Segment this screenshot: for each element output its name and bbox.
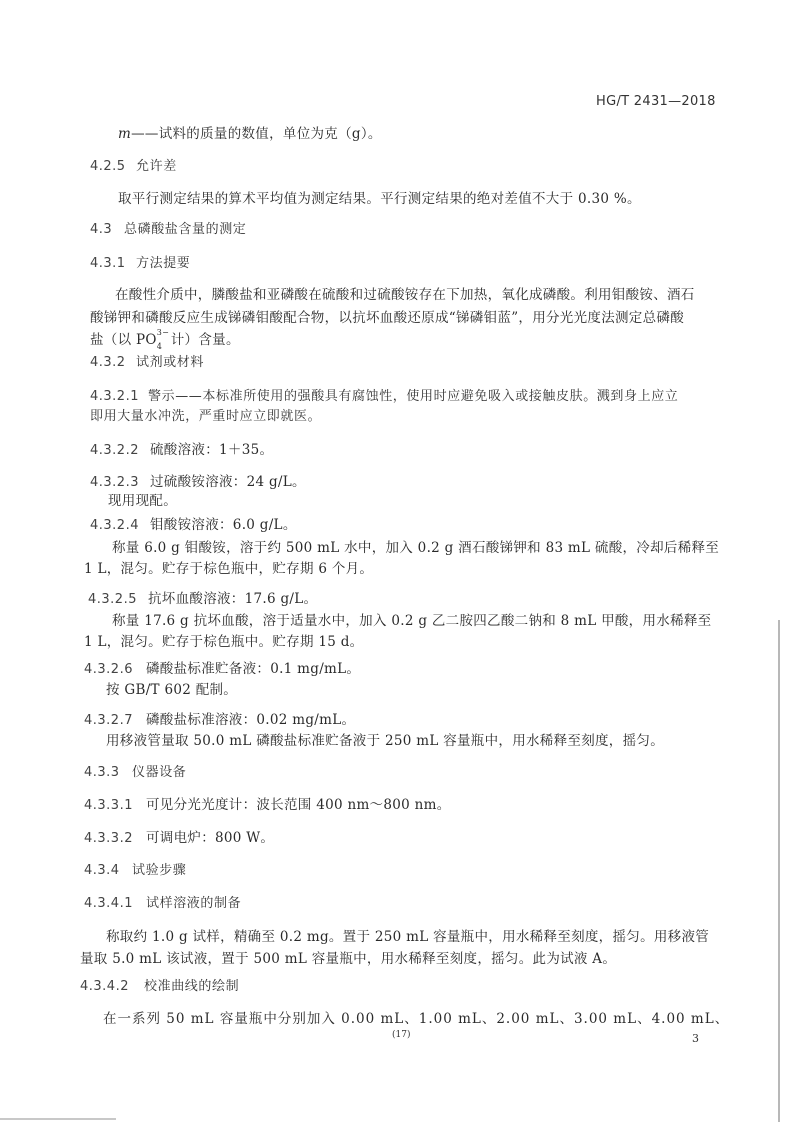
paragraph-sample-prep-line-1: 称取约 1.0 g 试样，精确至 0.2 mg。置于 250 mL 容量瓶中，用… <box>106 928 709 946</box>
clause-body-line-1: 称量 17.6 g 抗坏血酸，溶于适量水中，加入 0.2 g 乙二胺四乙酸二钠和… <box>112 612 712 630</box>
paragraph-method-line-3: 盐（以 PO3−4计）含量。 <box>90 331 240 349</box>
section-title: 校准曲线的绘制 <box>144 979 239 994</box>
section-number: 4.3.2 <box>90 354 136 372</box>
footer-sequence-number: (17) <box>392 1030 410 1040</box>
clause-note: 现用现配。 <box>108 492 177 510</box>
section-heading-4-3-1: 4.3.1方法提要 <box>90 255 190 273</box>
paragraph-tolerance: 取平行测定结果的算术平均值为测定结果。平行测定结果的绝对差值不大于 0.30 %… <box>118 190 641 208</box>
clause-4-3-2-7: 4.3.2.7磷酸盐标准溶液：0.02 mg/mL。 <box>84 711 355 730</box>
paragraph-method-line-2: 酸锑钾和磷酸反应生成锑磷钼酸配合物，以抗坏血酸还原成“锑磷钼蓝”，用分光光度法测… <box>90 309 684 327</box>
document-page: HG/T 2431—2018 m——试料的质量的数值，单位为克（g）。 4.2.… <box>0 0 793 1122</box>
clause-text: 硫酸溶液：1＋35。 <box>150 442 273 458</box>
section-number: 4.3.1 <box>90 255 136 273</box>
clause-4-3-2-4: 4.3.2.4钼酸铵溶液：6.0 g/L。 <box>90 516 297 535</box>
text-fragment: 计）含量。 <box>171 332 240 348</box>
clause-4-3-2-2: 4.3.2.2硫酸溶液：1＋35。 <box>90 441 273 460</box>
clause-4-3-2-1: 4.3.2.1警示——本标准所使用的强酸具有腐蚀性，使用时应避免吸入或接触皮肤。… <box>90 388 678 406</box>
clause-4-3-3-1: 4.3.3.1可见分光光度计：波长范围 400 nm～800 nm。 <box>84 796 451 815</box>
variable-symbol: m <box>118 126 131 142</box>
warning-text: 警示——本标准所使用的强酸具有腐蚀性，使用时应避免吸入或接触皮肤。溅到身上应立 <box>148 389 678 404</box>
clause-number: 4.3.2.3 <box>90 474 150 492</box>
clause-number: 4.3.2.1 <box>90 388 148 406</box>
paragraph-sample-prep-line-2: 量取 5.0 mL 该试液，置于 500 mL 容量瓶中，用水稀释至刻度，摇匀。… <box>80 950 616 968</box>
section-number: 4.3.4.2 <box>80 978 144 996</box>
clause-note: 用移液管量取 50.0 mL 磷酸盐标准贮备液于 250 mL 容量瓶中，用水稀… <box>106 732 664 750</box>
section-title: 总磷酸盐含量的测定 <box>124 222 246 237</box>
section-number: 4.3 <box>90 221 124 239</box>
clause-4-3-3-2: 4.3.3.2可调电炉：800 W。 <box>84 829 274 848</box>
clause-text: 过硫酸铵溶液：24 g/L。 <box>150 474 306 490</box>
paragraph-calibration-line-1: 在一系列 50 mL 容量瓶中分别加入 0.00 mL、1.00 mL、2.00… <box>103 1010 729 1028</box>
clause-text: 可见分光光度计：波长范围 400 nm～800 nm。 <box>146 797 451 813</box>
section-title: 试剂或材料 <box>136 355 204 370</box>
variable-definition: m——试料的质量的数值，单位为克（g）。 <box>118 125 382 143</box>
clause-number: 4.3.2.2 <box>90 442 150 460</box>
section-heading-4-3-4: 4.3.4试验步骤 <box>84 862 186 880</box>
page-number: 3 <box>692 1032 699 1045</box>
clause-body-line-2: 1 L，混匀。贮存于棕色瓶中，贮存期 6 个月。 <box>84 560 373 578</box>
scan-edge-bottom <box>0 1118 116 1120</box>
clause-text: 抗坏血酸溶液：17.6 g/L。 <box>148 591 317 607</box>
section-number: 4.3.4 <box>84 862 132 880</box>
section-title: 试验步骤 <box>132 863 186 878</box>
scan-edge-right <box>778 620 780 1122</box>
section-title: 方法提要 <box>136 256 190 271</box>
clause-number: 4.3.2.7 <box>84 712 146 730</box>
variable-description: ——试料的质量的数值，单位为克（g）。 <box>131 126 382 142</box>
section-title: 仪器设备 <box>132 765 186 780</box>
section-heading-4-3-3: 4.3.3仪器设备 <box>84 764 186 782</box>
standard-code: HG/T 2431—2018 <box>596 94 716 109</box>
clause-number: 4.3.3.1 <box>84 797 146 815</box>
clause-note: 按 GB/T 602 配制。 <box>106 681 237 699</box>
clause-body-line-1: 称量 6.0 g 钼酸铵，溶于约 500 mL 水中，加入 0.2 g 酒石酸锑… <box>112 539 719 557</box>
clause-number: 4.3.2.5 <box>88 591 148 609</box>
section-number: 4.2.5 <box>90 158 136 176</box>
clause-number: 4.3.2.4 <box>90 517 150 535</box>
section-title: 允许差 <box>136 159 177 174</box>
clause-text: 磷酸盐标准溶液：0.02 mg/mL。 <box>146 712 355 728</box>
chemical-formula-script: 3−4 <box>157 331 171 349</box>
paragraph-method-line-1: 在酸性介质中，膦酸盐和亚磷酸在硫酸和过硫酸铵存在下加热，氧化成磷酸。利用钼酸铵、… <box>115 286 695 304</box>
clause-text: 可调电炉：800 W。 <box>146 830 274 846</box>
section-heading-4-2-5: 4.2.5允许差 <box>90 158 177 176</box>
section-heading-4-3: 4.3总磷酸盐含量的测定 <box>90 221 246 239</box>
section-heading-4-3-2: 4.3.2试剂或材料 <box>90 354 204 372</box>
warning-text-continued: 即用大量水冲洗，严重时应立即就医。 <box>90 408 321 426</box>
section-heading-4-3-4-1: 4.3.4.1试样溶液的制备 <box>84 895 241 913</box>
section-number: 4.3.4.1 <box>84 895 146 913</box>
clause-number: 4.3.2.6 <box>84 661 146 679</box>
section-title: 试样溶液的制备 <box>146 896 241 911</box>
clause-text: 磷酸盐标准贮备液：0.1 mg/mL。 <box>146 661 360 677</box>
clause-body-line-2: 1 L，混匀。贮存于棕色瓶中。贮存期 15 d。 <box>84 633 363 651</box>
clause-number: 4.3.3.2 <box>84 830 146 848</box>
clause-4-3-2-5: 4.3.2.5抗坏血酸溶液：17.6 g/L。 <box>88 590 317 609</box>
text-fragment: 盐（以 PO <box>90 332 157 348</box>
section-heading-4-3-4-2: 4.3.4.2校准曲线的绘制 <box>80 978 239 996</box>
clause-4-3-2-3: 4.3.2.3过硫酸铵溶液：24 g/L。 <box>90 473 306 492</box>
clause-text: 钼酸铵溶液：6.0 g/L。 <box>150 517 297 533</box>
clause-4-3-2-6: 4.3.2.6磷酸盐标准贮备液：0.1 mg/mL。 <box>84 660 360 679</box>
section-number: 4.3.3 <box>84 764 132 782</box>
